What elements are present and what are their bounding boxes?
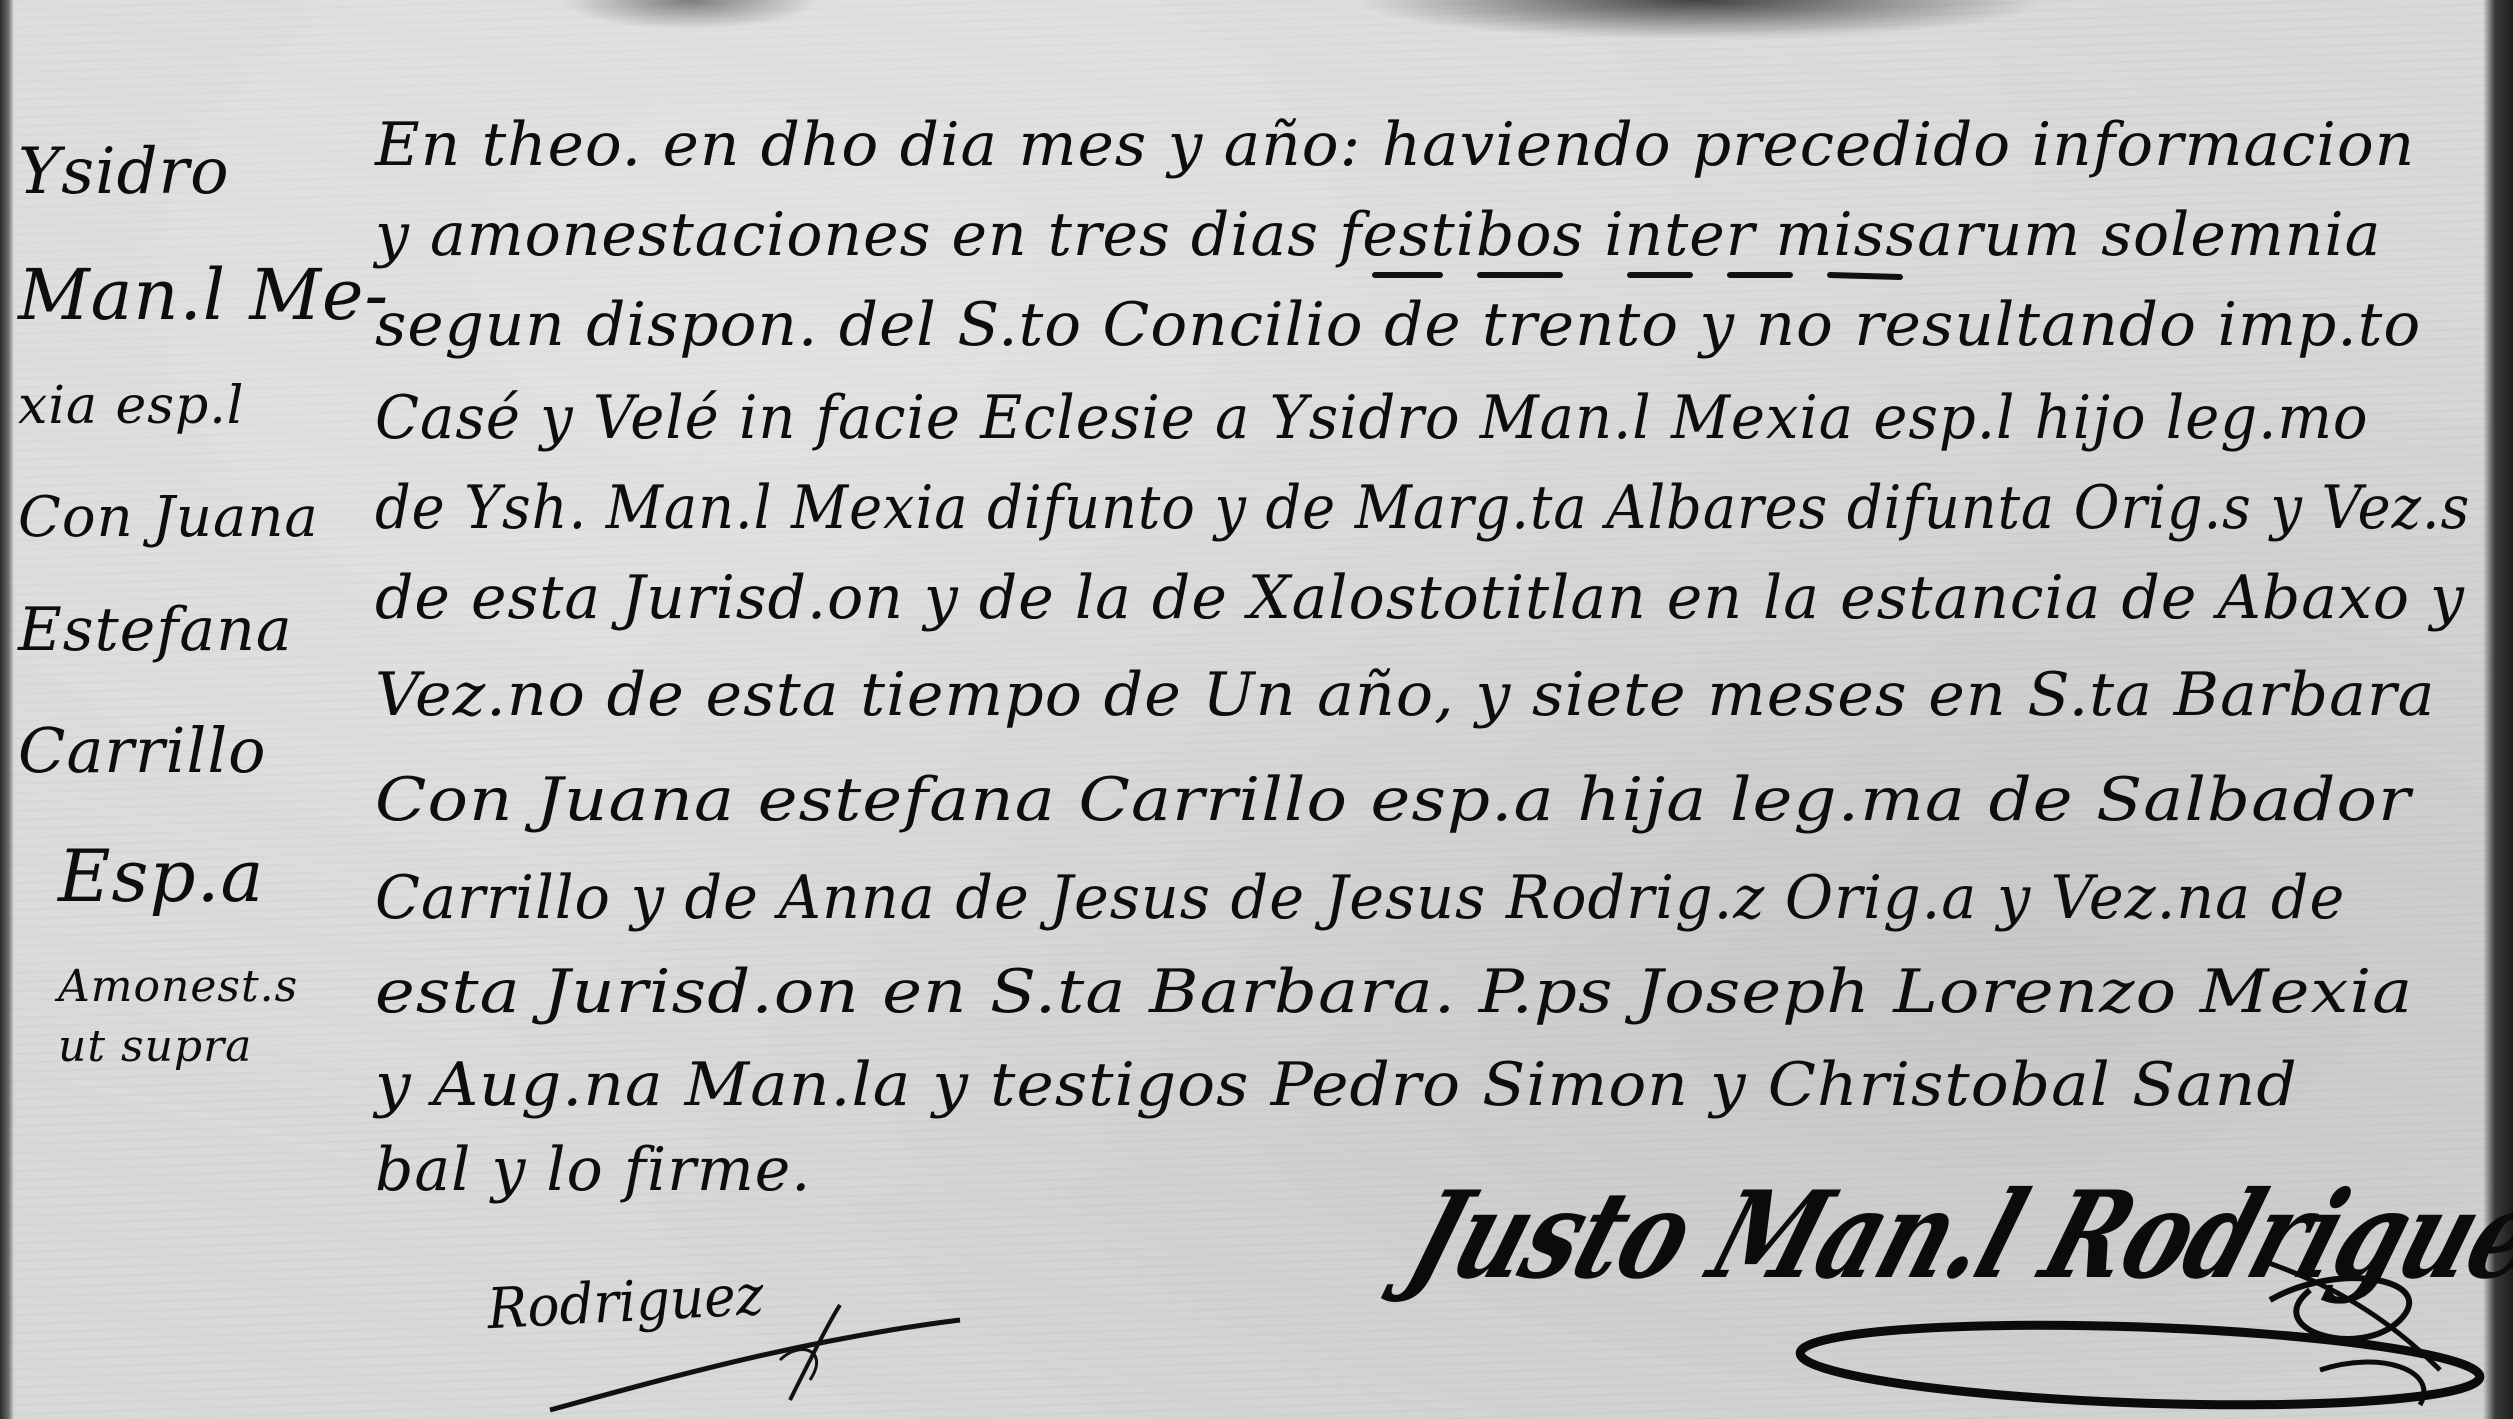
entry-line-6: de esta Jurisd.on y de la de Xalostotitl… <box>375 568 2465 628</box>
entry-line-2: y amonestaciones en tres dias festibos i… <box>375 205 2381 265</box>
binding-edge <box>0 0 14 1419</box>
margin-line: Estefana <box>18 600 293 660</box>
signature-flourish-left <box>540 1300 980 1419</box>
underline-mark <box>1370 265 1910 285</box>
entry-line-7: Vez.no de esta tiempo de Un año, y siete… <box>375 665 2435 725</box>
entry-line-4: Casé y Velé in facie Eclesie a Ysidro Ma… <box>375 388 2369 448</box>
entry-line-9: Carrillo y de Anna de Jesus de Jesus Rod… <box>375 868 2345 928</box>
entry-line-3: segun dispon. del S.to Concilio de trent… <box>375 295 2421 355</box>
margin-line: Carrillo <box>18 720 267 782</box>
signature-flourish-right <box>1620 1170 2490 1419</box>
margin-line: ut supra <box>58 1025 252 1069</box>
margin-line: Ysidro <box>18 140 230 204</box>
entry-line-1: En theo. en dho dia mes y año: haviendo … <box>375 115 2415 175</box>
entry-line-8: Con Juana estefana Carrillo esp.a hija l… <box>375 770 2411 830</box>
entry-line-11: y Aug.na Man.la y testigos Pedro Simon y… <box>375 1055 2298 1115</box>
margin-line: Amonest.s <box>58 965 298 1009</box>
margin-line: Man.l Me- <box>18 260 389 330</box>
margin-line: Esp.a <box>58 840 264 912</box>
entry-line-10: esta Jurisd.on en S.ta Barbara. P.ps Jos… <box>375 962 2413 1022</box>
page-stain <box>1350 0 2050 40</box>
margin-line: xia esp.l <box>18 380 244 432</box>
entry-line-12: bal y lo firme. <box>375 1140 811 1200</box>
entry-line-5: de Ysh. Man.l Mexia difunto y de Marg.ta… <box>375 478 2470 538</box>
manuscript-page: Ysidro Man.l Me- xia esp.l Con Juana Est… <box>0 0 2513 1419</box>
margin-line: Con Juana <box>18 490 319 546</box>
page-stain <box>560 0 820 30</box>
